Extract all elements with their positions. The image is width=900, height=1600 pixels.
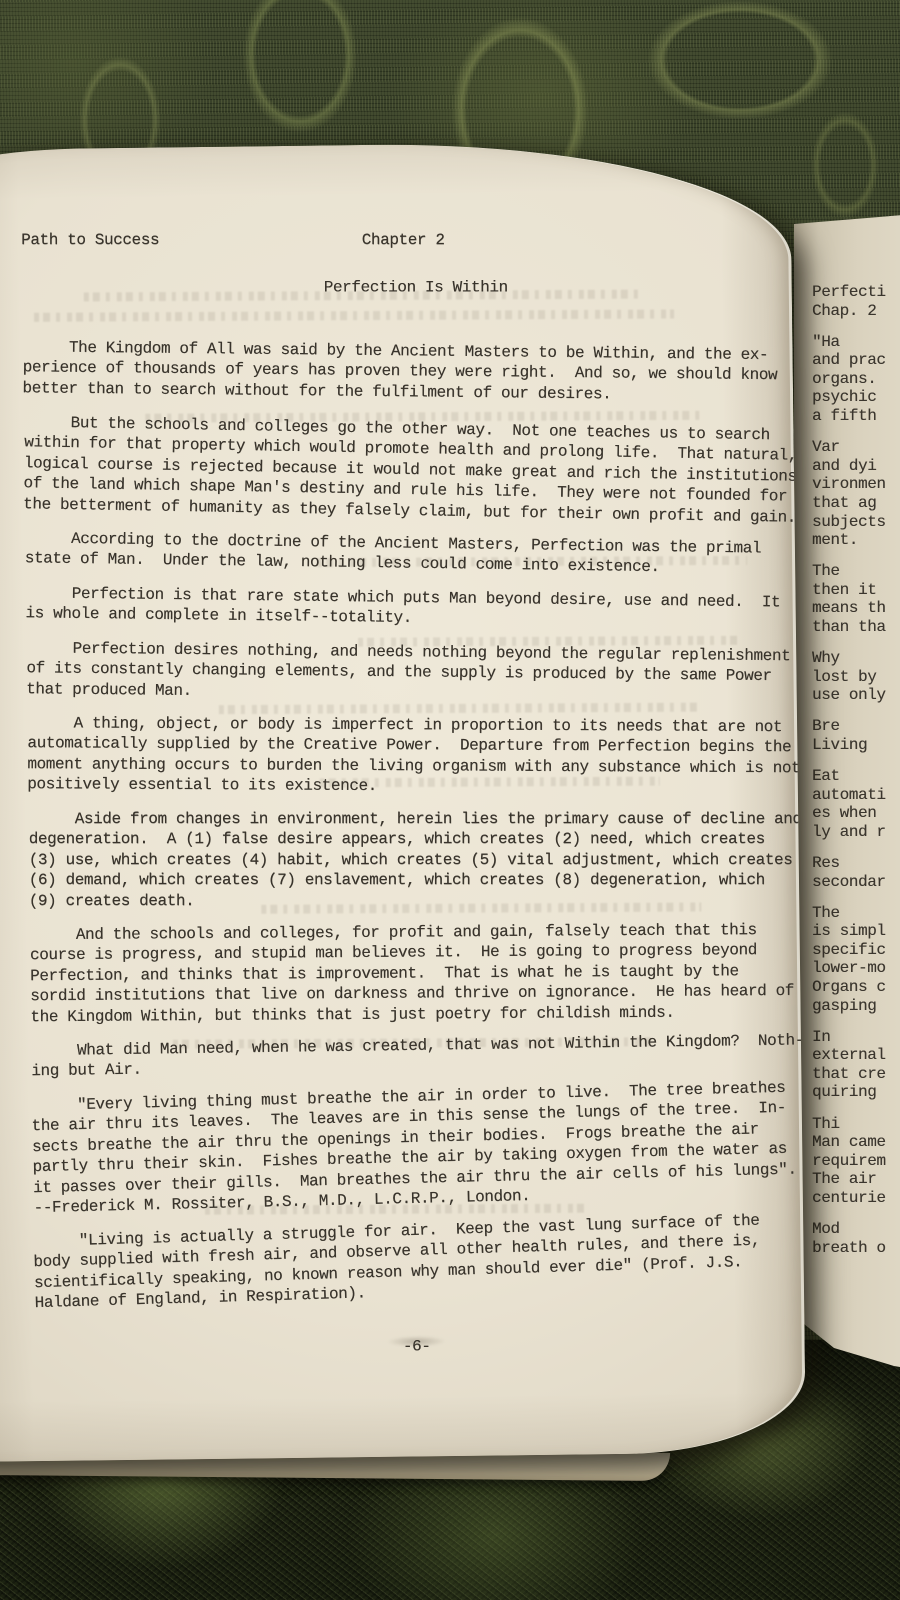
right-page-line: requirem — [812, 1152, 886, 1171]
right-page-line: lost by — [812, 668, 886, 687]
right-page-line: Thi — [812, 1115, 886, 1134]
right-page-line: then it — [812, 581, 886, 600]
right-page-line: a fifth — [812, 407, 886, 426]
page-content: Path to Success Chapter 2 Perfection Is … — [21, 222, 799, 1360]
paragraph: What did Man need, when he was created, … — [31, 1030, 795, 1081]
right-page-line: quiring — [812, 1083, 886, 1102]
right-page-line: The air — [812, 1170, 886, 1189]
body-text: The Kingdom of All was said by the Ancie… — [22, 328, 798, 1314]
right-page-line: and dyi — [812, 457, 886, 476]
running-title: Path to Success — [21, 231, 159, 249]
chapter-label: Chapter 2 — [362, 231, 445, 249]
right-page-line — [812, 1208, 886, 1221]
right-page-line: breath o — [812, 1239, 886, 1258]
right-page-line: ment. — [812, 531, 886, 550]
left-page: Path to Success Chapter 2 Perfection Is … — [0, 140, 806, 1462]
right-page-line: and prac — [812, 351, 886, 370]
right-page-line: Perfecti — [812, 283, 886, 302]
section-title: Perfection Is Within — [34, 278, 798, 296]
right-page-line: es when — [812, 804, 886, 823]
right-page-line — [812, 637, 886, 650]
right-page-line: automati — [812, 786, 886, 805]
right-page-line: ly and r — [812, 823, 886, 842]
right-page-text: PerfectiChap. 2"Haand pracorgans.psychic… — [812, 283, 886, 1257]
right-page-line — [812, 426, 886, 439]
right-page-line: gasping — [812, 997, 886, 1016]
right-page-line: subjects — [812, 513, 886, 532]
page-header: Path to Success Chapter 2 — [21, 231, 785, 251]
right-page-line: than tha — [812, 618, 886, 637]
right-page-line: Bre — [812, 717, 886, 736]
right-page-line — [812, 891, 886, 904]
right-page-line: Man came — [812, 1133, 886, 1152]
right-page-line: Living — [812, 736, 886, 755]
right-page-line: Res — [812, 854, 886, 873]
right-page-line — [812, 755, 886, 768]
right-page-line: that cre — [812, 1065, 886, 1084]
right-page-line: Eat — [812, 767, 886, 786]
paragraph: According to the doctrine of the Ancient… — [25, 528, 789, 579]
right-page-line — [812, 550, 886, 563]
right-page-line — [812, 841, 886, 854]
right-page-line: is simpl — [812, 922, 886, 941]
right-page-line: use only — [812, 686, 886, 705]
right-page-line: psychic — [812, 388, 886, 407]
right-page-line: "Ha — [812, 333, 886, 352]
right-page-line: external — [812, 1046, 886, 1065]
right-page-line — [812, 320, 886, 333]
paragraph: "Every living thing must breathe the air… — [31, 1077, 798, 1218]
paragraph: Perfection is that rare state which puts… — [25, 583, 789, 633]
page-number: -6- — [35, 1337, 799, 1355]
right-page-line — [812, 705, 886, 718]
right-page-line: organs. — [812, 370, 886, 389]
paragraph: "Living is actually a struggle for air. … — [33, 1210, 799, 1314]
right-page-line: The — [812, 904, 886, 923]
right-page-line: Organs c — [812, 978, 886, 997]
paragraph: Aside from changes in environment, herei… — [29, 809, 793, 911]
right-page-line: secondar — [812, 873, 886, 892]
right-page-line: vironmen — [812, 475, 886, 494]
right-page-line: Mod — [812, 1220, 886, 1239]
right-page-line: centurie — [812, 1189, 886, 1208]
photo-scene: PerfectiChap. 2"Haand pracorgans.psychic… — [0, 0, 900, 1600]
right-page-line: lower-mo — [812, 959, 886, 978]
paragraph: A thing, object, or body is imperfect in… — [27, 713, 791, 799]
right-page-line: Why — [812, 649, 886, 668]
right-page-line — [812, 1015, 886, 1028]
right-page-line: that ag — [812, 494, 886, 513]
paragraph: And the schools and colleges, for profit… — [30, 920, 795, 1027]
paragraph: But the schools and colleges go the othe… — [23, 412, 789, 527]
paragraph: Perfection desires nothing, and needs no… — [26, 638, 791, 707]
right-page-line: Chap. 2 — [812, 302, 886, 321]
right-page-line: means th — [812, 599, 886, 618]
right-page-line: In — [812, 1028, 886, 1047]
right-page-line — [812, 1102, 886, 1115]
right-page-line: The — [812, 562, 886, 581]
right-page-line: Var — [812, 438, 886, 457]
right-page-line: specific — [812, 941, 886, 960]
right-page: PerfectiChap. 2"Haand pracorgans.psychic… — [794, 208, 900, 1378]
paragraph: The Kingdom of All was said by the Ancie… — [22, 337, 787, 406]
